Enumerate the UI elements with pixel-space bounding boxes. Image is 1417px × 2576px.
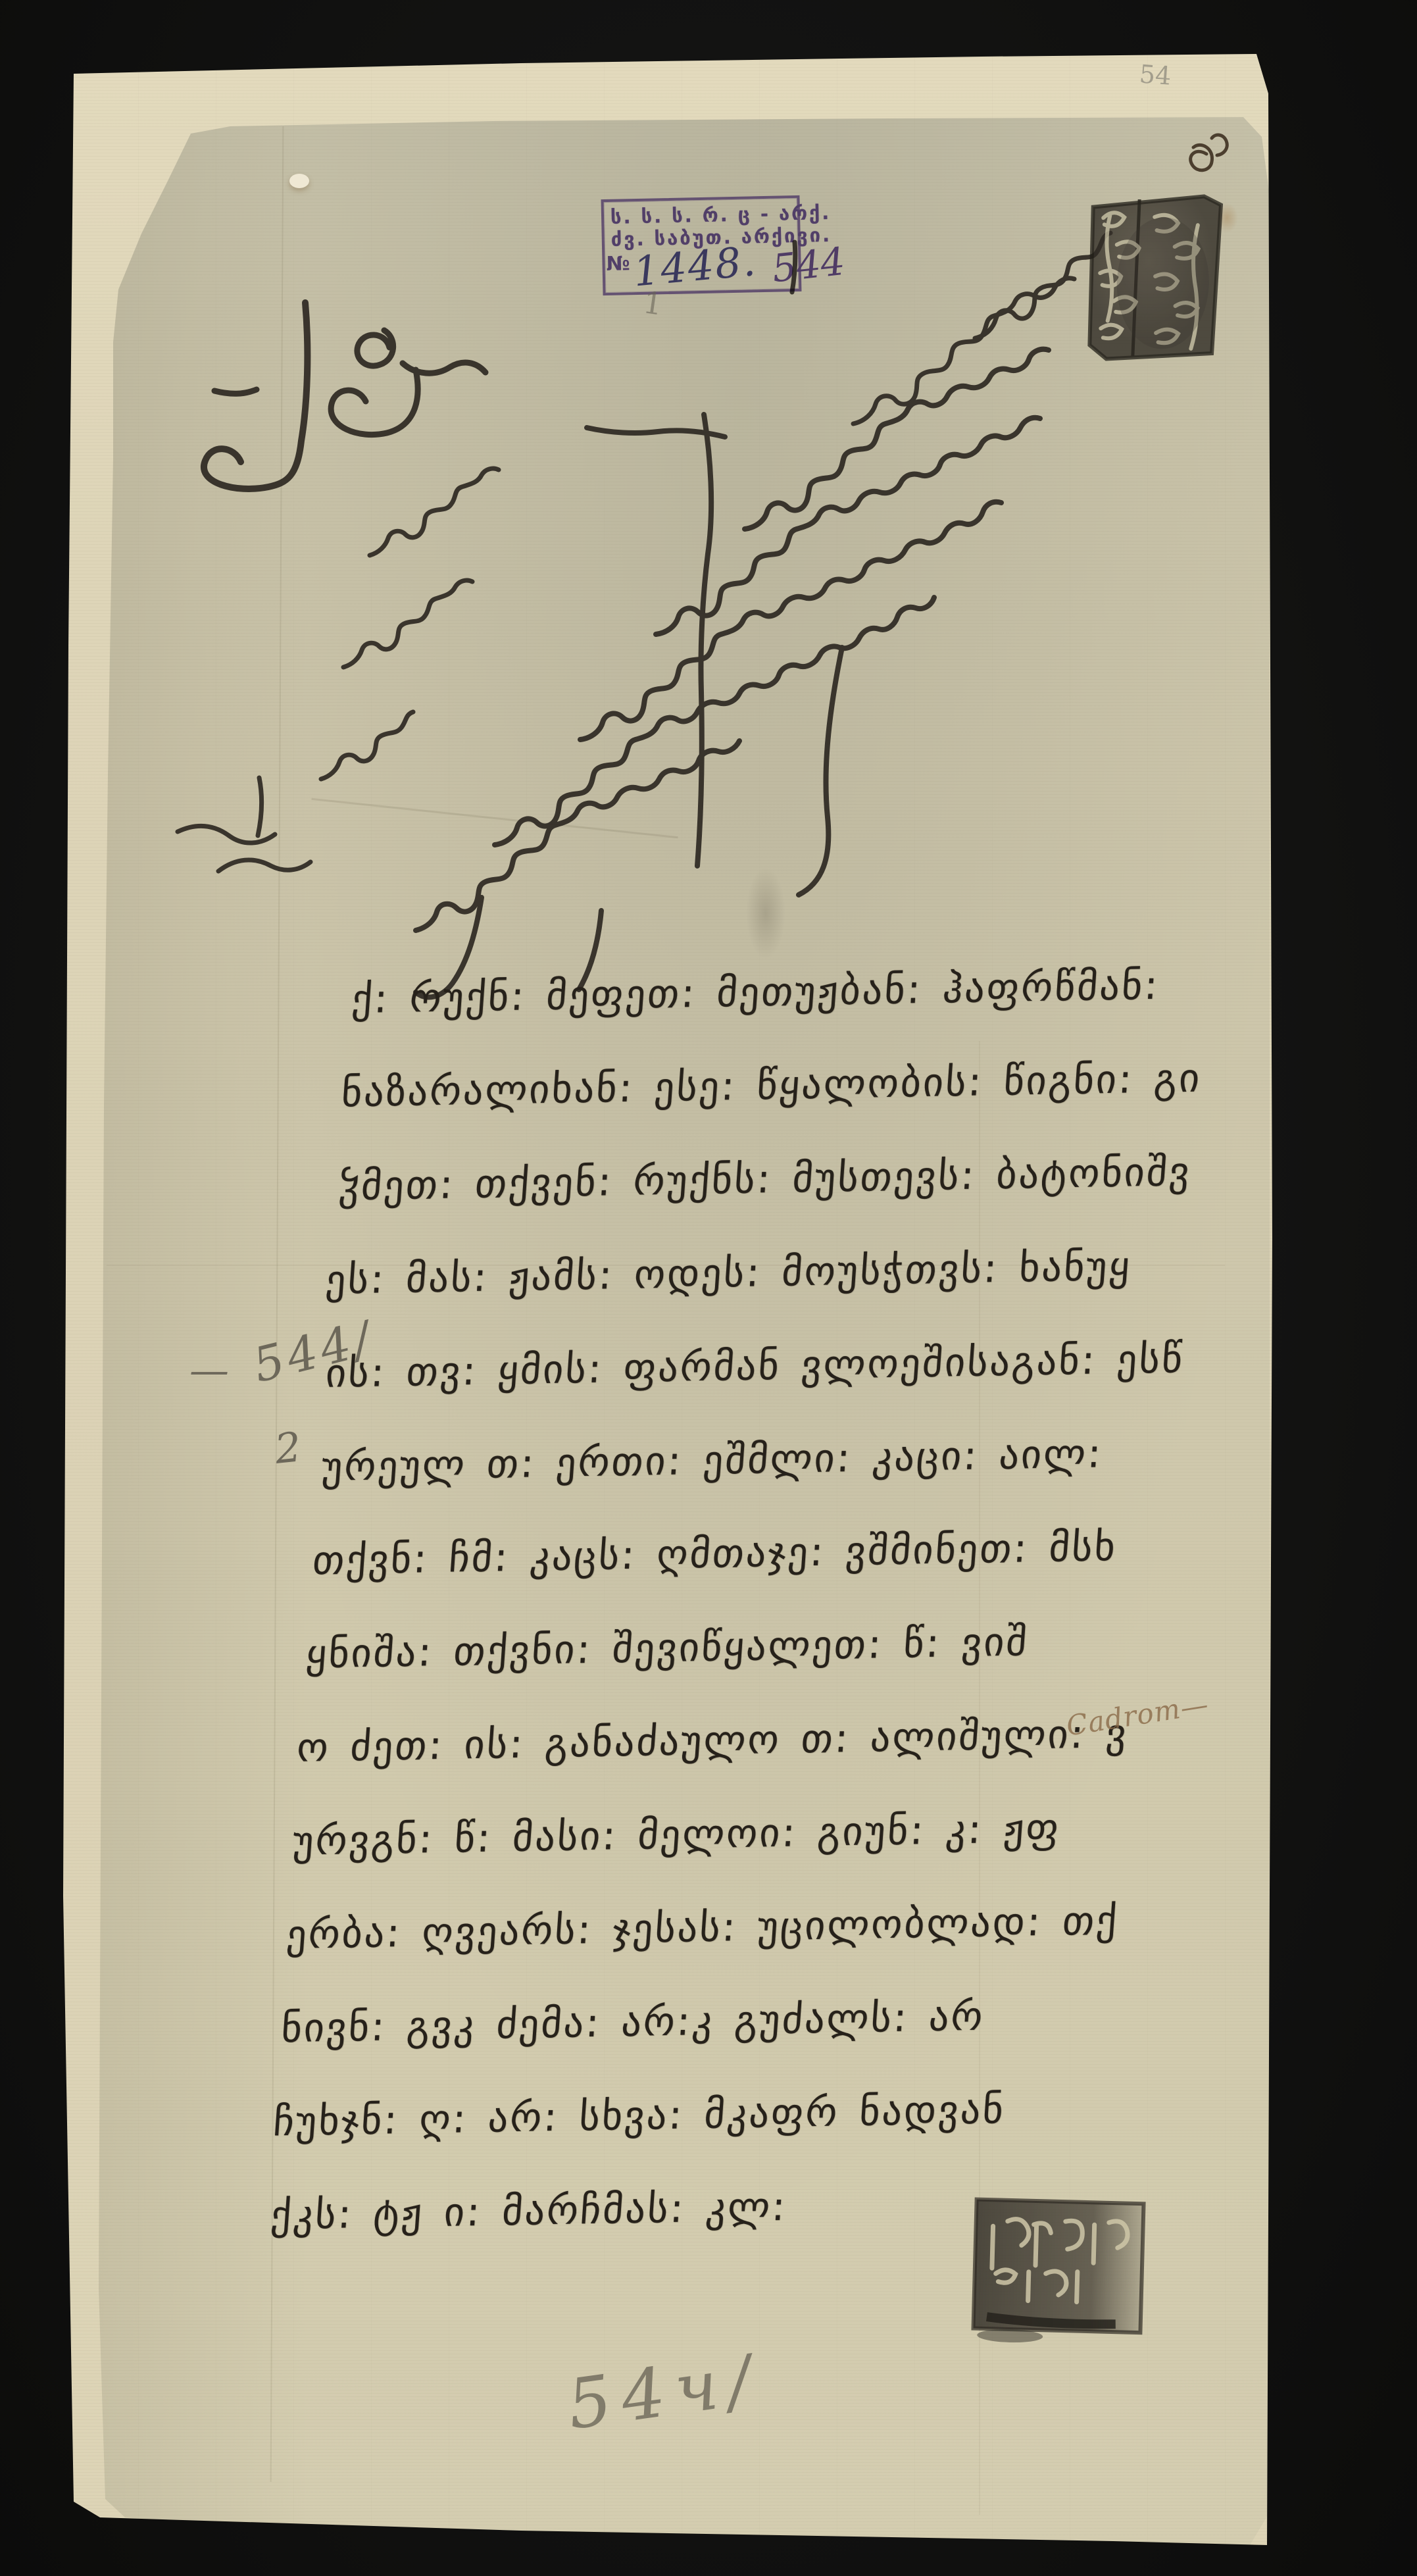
margin-dash: — <box>189 1348 229 1394</box>
text-line: თქვნ: ჩმ: კაცს: ღმთაჯე: ვშმინეთ: მსხ <box>309 1498 1237 1608</box>
text-line: ჴმეთ: თქვენ: რუქნს: მუსთევს: ბატონიშვ <box>336 1124 1263 1234</box>
stamp-number-row: № 1448. 544 <box>606 239 845 292</box>
numero-sign: № <box>606 252 630 276</box>
text-line: ურეულ თ: ერთი: ეშმლი: კაცი: აილ: <box>318 1405 1243 1515</box>
stamp-line-1: ს. ს. ს. რ. ც - არქ. <box>610 202 793 228</box>
text-line: ეს: მას: ჟამს: ოდეს: მოუსჭთვს: ხანუყ <box>322 1217 1256 1327</box>
georgian-seal-stamp <box>970 2188 1152 2346</box>
text-line: ო ძეთ: ის: განაძაულო თ: ალიშული: ვ <box>294 1685 1224 1795</box>
archive-stamp: ს. ს. ს. რ. ც - არქ. ძვ. საბუთ. არქივი. … <box>601 195 802 295</box>
backing-sheet: ს. ს. ს. რ. ც - არქ. ძვ. საბუთ. არქივი. … <box>61 54 1272 2548</box>
text-line: ჩუხჯნ: ღ: არ: სხვა: მკაფრ ნადვან <box>270 2059 1198 2169</box>
corner-faint-number: 54 <box>1139 59 1172 90</box>
georgian-text-block: ქ: რუქნ: მეფეთ: მეთუჟბან: ჰაფრწმან: ნაზა… <box>264 937 1276 2263</box>
margin-number-2: 2 <box>272 1423 303 1473</box>
text-line: ურვგნ: წ: მასი: მელოი: გიუნ: კ: ჟფ <box>290 1779 1218 1888</box>
text-line: ერბა: ღვეარს: ჯესას: უცილობლად: თქ <box>284 1873 1211 1983</box>
text-line: ყნიშა: თქვნი: შევიწყალეთ: წ: ვიშ <box>303 1592 1230 1702</box>
text-line: ის: თვ: ყმის: ფარმან ვლოეშისაგან: ესწ <box>322 1311 1250 1421</box>
text-line: ნაზარალიხან: ესე: წყალობის: წიგნი: გი <box>338 1030 1270 1140</box>
text-line: ქ: რუქნ: მეფეთ: მეთუჟბან: ჰაფრწმან: <box>349 937 1276 1047</box>
persian-seal-stamp <box>1081 188 1230 368</box>
stamp-handwritten-number-2: 544 <box>770 239 847 291</box>
text-line: ნივნ: გვკ ძემა: არ:კ გუძალს: არ <box>278 1966 1205 2076</box>
